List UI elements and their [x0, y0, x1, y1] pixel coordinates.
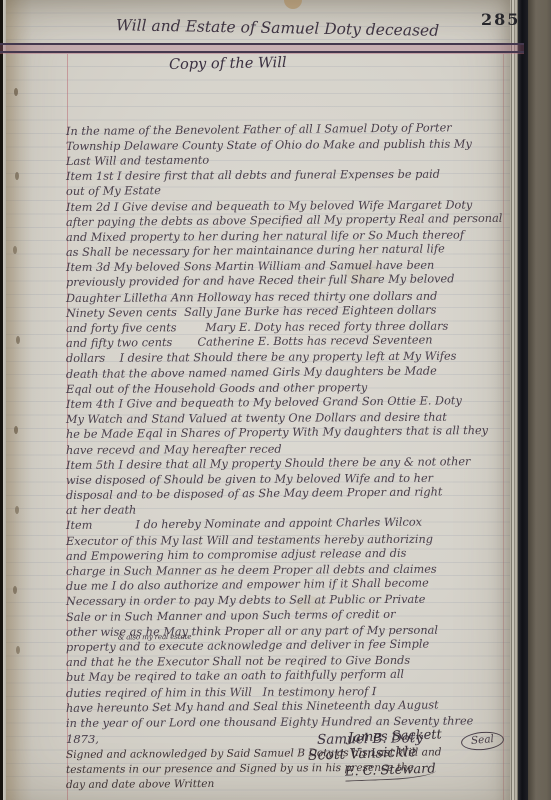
book-cover-edge — [518, 0, 528, 800]
aged-edge-stain — [6, 0, 32, 800]
header-thin-rule — [0, 53, 524, 54]
interlineation-note: & also my real estate — [118, 633, 191, 641]
ledger-book-scene: Will and Estate of Samuel Doty deceased … — [0, 0, 551, 800]
header-double-rule — [0, 43, 524, 53]
attestation-line: day and date above Written — [66, 775, 486, 793]
will-text-body: In the name of the Benevolent Father of … — [66, 78, 510, 748]
document-title: Copy of the Will — [169, 55, 287, 73]
book-cover-cloth — [528, 0, 551, 800]
binding-stitch-marks — [14, 88, 18, 96]
manuscript-line: but May be reqired to take an oath to fa… — [66, 666, 510, 685]
record-header: Will and Estate of Samuel Doty deceased — [116, 16, 436, 40]
page-number: 285 — [481, 10, 520, 29]
attestation-clause: Signed and acknowledged by Said Samuel B… — [66, 704, 486, 793]
manuscript-line: out of My Estate — [66, 180, 510, 199]
manuscript-line: he be Made Eqal in Shares of Property Wi… — [66, 423, 510, 442]
ledger-page: Will and Estate of Samuel Doty deceased … — [6, 0, 510, 800]
